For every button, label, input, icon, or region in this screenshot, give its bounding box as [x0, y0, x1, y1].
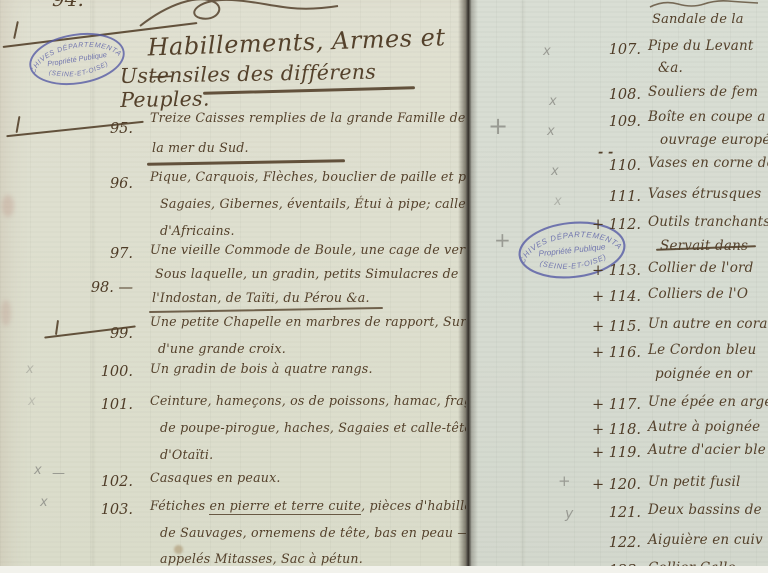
entry-line: de Sauvages, ornemens de tête, bas en pe…	[160, 525, 466, 540]
pencil-x-mark: x	[549, 94, 557, 109]
entry-line: Une vieille Commode de Boule, une cage d…	[150, 242, 466, 257]
ink-plus-tick	[55, 320, 59, 335]
pencil-x-mark: x	[26, 362, 34, 377]
line-segment: appelés	[160, 551, 215, 566]
entry-line: Sagaies, Gibernes, éventails, Étui à pip…	[160, 196, 466, 211]
entry-line: appelés Mitasses, Sac à pétun.	[160, 551, 363, 566]
line-segment: , pièces d'habillement	[361, 498, 466, 513]
entry-line: Boîte en coupe a	[648, 109, 766, 125]
archive-stamp: ARCHIVES DÉPARTEMENTALES Propriété Publi…	[22, 22, 132, 95]
left-page: 94. Habillements, Armes et — Ustensiles …	[0, 0, 466, 573]
ink-plus-tick	[13, 21, 19, 39]
ink-dash-mark: - -	[598, 144, 613, 159]
ink-plus-tick	[16, 116, 21, 133]
entry-number: + 112.	[566, 217, 641, 233]
entry-number: 111.	[566, 189, 641, 205]
pencil-x-mark: x	[547, 124, 555, 139]
entry-number: 121.	[566, 505, 641, 521]
entry-number: 108.	[566, 87, 641, 103]
pencil-x-mark: x	[543, 44, 551, 59]
entry-line: de poupe-pirogue, haches, Sagaies et cal…	[160, 420, 466, 435]
entry-line: la mer du Sud.	[152, 140, 249, 155]
entry-line: l'Indostan, de Taïti, du Pérou &a.	[152, 290, 370, 305]
right-page: Sandale de la ARCHIVES DÉPARTEMENTALES P…	[470, 0, 768, 573]
entry-line: Colliers de l'O	[648, 286, 748, 302]
entry-number: 109.	[566, 114, 641, 130]
entry-line: Vases en corne de	[648, 155, 768, 171]
section-title-line2: Ustensiles des différens Peuples.	[120, 58, 466, 112]
entry-line: ouvrage europée	[660, 132, 768, 148]
paper-stain	[2, 195, 14, 217]
entry-line: Pipe du Levant	[648, 38, 754, 54]
entry-number: 110.	[566, 158, 641, 174]
entry-line: Sous laquelle, un gradin, petits Simulac…	[155, 266, 459, 281]
entry-line: Ceinture, hameçons, os de poissons, hama…	[150, 393, 466, 408]
ink-underline	[149, 307, 383, 313]
entry-number: + 114.	[566, 289, 641, 305]
entry-line: Un gradin de bois à quatre rangs.	[150, 361, 373, 376]
pencil-plus-mark: +	[558, 472, 571, 490]
entry-number: + 118.	[566, 422, 641, 438]
entry-line: Collier de l'ord	[648, 260, 754, 276]
entry-line: d'une grande croix.	[158, 341, 286, 356]
entry-line: Fétiches en pierre et terre cuite, pièce…	[150, 498, 466, 513]
entry-line: d'Africains.	[160, 223, 235, 238]
entry-number: + 117.	[566, 397, 641, 413]
entry-line: Aiguière en cuiv	[648, 532, 763, 548]
pencil-x-mark: x	[28, 394, 36, 409]
entry-line: Souliers de fem	[648, 84, 758, 100]
entry-line: Autre à poignée	[648, 419, 760, 435]
entry-number: 96.	[73, 176, 133, 192]
entry-line: poignée en or	[655, 366, 752, 382]
entry-number: 103.	[73, 502, 133, 518]
entry-number: + 115.	[566, 319, 641, 335]
entry-line: Deux bassins de	[648, 502, 762, 518]
entry-number: 122.	[566, 535, 641, 551]
pencil-dash-mark: —	[52, 466, 65, 481]
entry-line: Une épée en argen	[648, 394, 768, 410]
entry-number: 97.	[73, 246, 133, 262]
line-segment: ,	[273, 551, 281, 566]
pencil-plus-mark: +	[488, 112, 508, 140]
cropped-handwriting-line	[648, 0, 768, 12]
corner-number: 94.	[52, 0, 84, 11]
pencil-y-mark: y	[565, 506, 573, 522]
entry-line: Autre d'acier ble	[648, 442, 766, 458]
entry-number: + 120.	[566, 477, 641, 493]
entry-number: 98. —	[73, 280, 133, 296]
entry-number: + 119.	[566, 445, 641, 461]
scan-edge	[0, 566, 768, 573]
entry-line: d'Otaïti.	[160, 447, 213, 462]
entry-line: Une petite Chapelle en marbres de rappor…	[150, 314, 466, 329]
entry-line: Pique, Carquois, Flèches, bouclier de pa…	[150, 169, 466, 184]
entry-number: 102.	[73, 474, 133, 490]
pencil-plus-mark: +	[494, 228, 511, 252]
partial-top-line: Sandale de la	[652, 12, 744, 27]
entry-number: + 113.	[566, 263, 641, 279]
entry-number: 100.	[73, 364, 133, 380]
entry-number: 107.	[566, 42, 641, 58]
line-segment: Fétiches	[150, 498, 209, 513]
entry-number: + 116.	[566, 345, 641, 361]
pencil-x-mark: x	[34, 463, 42, 478]
entry-number: 101.	[73, 397, 133, 413]
paper-stain	[1, 300, 11, 326]
pencil-x-mark: x	[40, 495, 48, 510]
entry-line: Un autre en corai	[648, 316, 768, 332]
entry-line: Le Cordon bleu	[648, 342, 756, 358]
entry-line: Outils tranchants	[648, 214, 768, 230]
underlined-segment: en pierre et terre cuite	[209, 498, 361, 515]
entry-line: Vases étrusques	[648, 186, 761, 202]
pencil-x-mark: x	[554, 194, 562, 209]
ink-underline	[147, 159, 345, 165]
entry-line: Un petit fusil	[648, 474, 741, 490]
pencil-x-mark: x	[551, 164, 559, 179]
entry-line: Casaques en peaux.	[150, 470, 281, 485]
page-gutter-shadow	[458, 0, 478, 573]
manuscript-scan: 94. Habillements, Armes et — Ustensiles …	[0, 0, 768, 573]
entry-line: &a.	[658, 60, 683, 76]
entry-line: Treize Caisses remplies de la grande Fam…	[150, 110, 466, 125]
